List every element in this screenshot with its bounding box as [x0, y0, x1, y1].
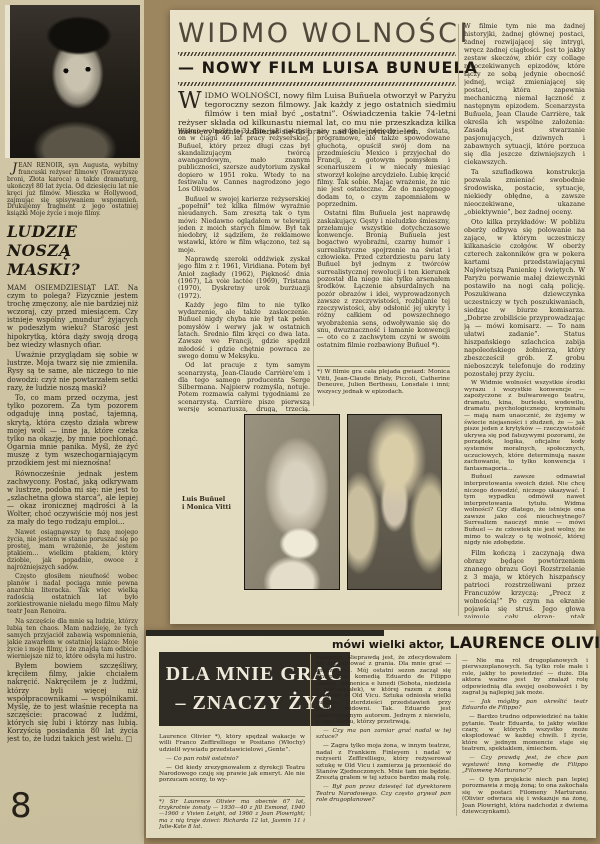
olivier-footnote: *) Sir Laurence Olivier ma obecnie 67 la… [159, 796, 305, 839]
interview-answer: — Nie ma ról drugoplanowych i pierwszopl… [462, 658, 588, 696]
interview-answer: — O tym projekcie niech pan lepiej poroz… [462, 777, 588, 815]
memoir-paragraph: Uważnie przyglądam się sobie w lustrze. … [7, 351, 138, 391]
interview-header: mówi wielki aktor, LAURENCE OLIVIER [332, 633, 592, 652]
column-rule [456, 654, 457, 816]
article-paragraph: Widmo wolności to 31 film, jaki nakręcił… [178, 128, 310, 194]
memoir-text: MAM OSIEMDZIESIĄT LAT. Na czym to polega… [7, 284, 138, 784]
interview-intro: Laurence Olivier *), który spędzał wakac… [159, 734, 305, 753]
photo-jean-renoir [5, 5, 140, 158]
photo-caption: Luis Buñuel i Monica Vitti [182, 496, 240, 511]
interview-question: — Co pan robił ostatnio? [159, 756, 305, 762]
memoir-paragraph: Na szczęście dla mnie są ludzie, którzy … [7, 618, 138, 660]
column-rule [458, 24, 459, 616]
article-paragraph: Oto kilka przykładów: W pobliżu oberży o… [464, 218, 585, 378]
article-paragraph: W Widmie wolności wszystkie środki wyraz… [464, 380, 585, 472]
article-paragraph: Buñuel zawsze odmawiał interpretowania s… [464, 474, 585, 547]
article-paragraph: Buñuel w swojej karierze reżyserskiej „p… [178, 196, 310, 254]
heading-ludzie-nosza-maski: LUDZIE NOSZĄ MASKI? [7, 222, 80, 279]
article-column-2: nie swoje odcięcie od świata, programowe… [317, 128, 450, 362]
column-rule [313, 130, 314, 406]
article-paragraph: Naprawdę szeroki oddźwięk zyskał jego fi… [178, 256, 310, 300]
memoir-paragraph: MAM OSIEMDZIESIĄT LAT. Na czym to polega… [7, 284, 138, 349]
memoir-paragraph: To, co mam przed oczyma, jest tylko pozo… [7, 394, 138, 467]
memoir-paragraph: Nawet osiągnąwszy tę fazę mojego życia, … [7, 529, 138, 571]
article-column-1: Widmo wolności to 31 film, jaki nakręcił… [178, 128, 310, 412]
article-column-3: W filmie tym nie ma żadnej historyjki, ż… [464, 22, 585, 618]
memoir-paragraph: Często głosiłem nieufność wobec planów i… [7, 573, 138, 615]
interview-answer: — Bardzo trudno odpowiedzieć na takie py… [462, 714, 588, 752]
interview-header-lead-in: mówi wielki aktor, [332, 638, 444, 651]
article-paragraph: Od lat pracuje z tym samym scenarzystą, … [178, 362, 310, 412]
interview-answer: kluczone. Nieprawdą jest, że zdecydowałe… [316, 655, 451, 725]
article-paragraph: W filmie tym nie ma żadnej historyjki, ż… [464, 22, 585, 166]
page-number: 8 [10, 786, 32, 826]
article-paragraph: Każdy jego film to nie tylko wydarzenie,… [178, 302, 310, 360]
cast-footnote: *) W filmie gra cała plejada gwiazd: Mon… [317, 366, 450, 396]
article-widmo-wolnosci: WIDMO WOLNOŚCI — NOWY FILM LUISA BUNUELA… [170, 10, 594, 624]
memoir-paragraph: Byłem bowiem szczęśliwy, kręciłem filmy,… [7, 662, 138, 743]
left-column: JEAN RENOIR, syn Augusta, wybitny francu… [0, 0, 144, 844]
interview-question: — Był pan przez dziesięć lat dyrektorem … [316, 784, 451, 803]
article-paragraph: nie swoje odcięcie od świata, programowe… [317, 128, 450, 208]
article-subtitle: — NOWY FILM LUISA BUNUELA [178, 58, 478, 77]
interview-column-2: kluczone. Nieprawdą jest, że zdecydowałe… [316, 655, 451, 827]
subtitle-underline [178, 82, 456, 86]
article-paragraph: Ostatni film Buñuela jest naprawdę zaska… [317, 210, 450, 349]
memoir-paragraph: Równocześnie jednak jestem zachwycony. P… [7, 470, 138, 527]
article-olivier-interview: DLA MNIE GRAĆ – ZNACZY ŻYĆ mówi wielki a… [146, 630, 596, 838]
interview-answer: — Zagra tylko moja żona, w innym teatrze… [316, 743, 451, 781]
interview-answer: — Od kiedy zrezygnowałem z dyrekcji Teat… [159, 765, 305, 784]
photo-monica-vitti [347, 414, 443, 590]
interview-question: — Jak mógłby pan określić teatr Eduardo … [462, 699, 588, 712]
photo-bunuel-and-vitti [244, 414, 442, 590]
article-paragraph: Ta szufladkowa konstrukcja pozwala zmien… [464, 168, 585, 216]
interview-header-name: LAURENCE OLIVIER [449, 633, 600, 652]
headline-underline [178, 52, 456, 56]
column-rule [310, 654, 311, 816]
renoir-photo-caption: JEAN RENOIR, syn Augusta, wybitny francu… [7, 163, 138, 218]
interview-question: — Czy ma pan zamiar grać nadal w tej szt… [316, 728, 451, 741]
article-paragraph: Film kończą i zaczynają dwa obrazy będąc… [464, 549, 585, 618]
interview-question: — Czy prawdą jest, że chce pan wystawić … [462, 755, 588, 774]
photo-luis-bunuel [244, 414, 340, 590]
interview-column-1: Laurence Olivier *), który spędzał wakac… [159, 734, 305, 792]
interview-column-3: — Nie ma ról drugoplanowych i pierwszopl… [462, 658, 588, 826]
article-title: WIDMO WOLNOŚCI [178, 18, 470, 49]
